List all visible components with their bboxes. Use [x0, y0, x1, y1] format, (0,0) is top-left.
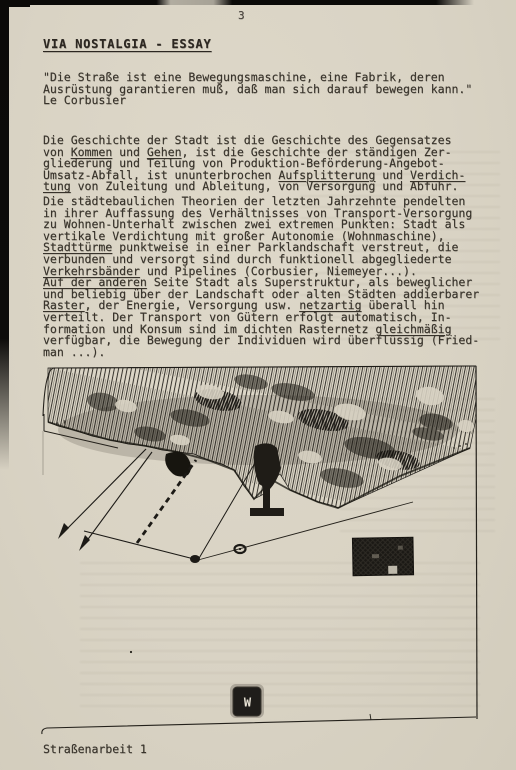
- road-embankment-sketch: W: [38, 360, 510, 740]
- w-key-label: W: [244, 696, 252, 710]
- dark-block: [353, 537, 414, 575]
- paragraph-2: Die städtebaulichen Theorien der letzten…: [43, 196, 479, 358]
- page-number: 3: [238, 9, 245, 22]
- embankment-hatching: [48, 366, 476, 508]
- paper-speck: [130, 651, 132, 653]
- scan-edge-artifact: [0, 0, 9, 470]
- figure-caption: Straßenarbeit 1: [43, 742, 147, 756]
- scan-edge-artifact: [0, 0, 474, 5]
- text-line: tung von Zuleitung und Ableitung, von Ve…: [43, 181, 465, 193]
- paragraph-1: Die Geschichte der Stadt ist die Geschic…: [43, 135, 465, 193]
- scanned-essay-page: 3 VIA NOSTALGIA - ESSAY "Die Straße ist …: [0, 0, 516, 770]
- text-line: man ...).: [43, 347, 479, 359]
- w-key: W: [230, 684, 264, 718]
- essay-title: VIA NOSTALGIA - ESSAY: [43, 37, 212, 51]
- road-edge-arrow: [79, 535, 90, 551]
- ground-ring: [235, 545, 246, 553]
- corbusier-quote: "Die Straße ist eine Bewegungsmaschine, …: [43, 72, 472, 107]
- text-line: Le Corbusier: [43, 95, 472, 107]
- road-edge-arrow: [58, 523, 69, 539]
- text-line: verfügbar, die Bewegung der Individuen w…: [43, 335, 479, 347]
